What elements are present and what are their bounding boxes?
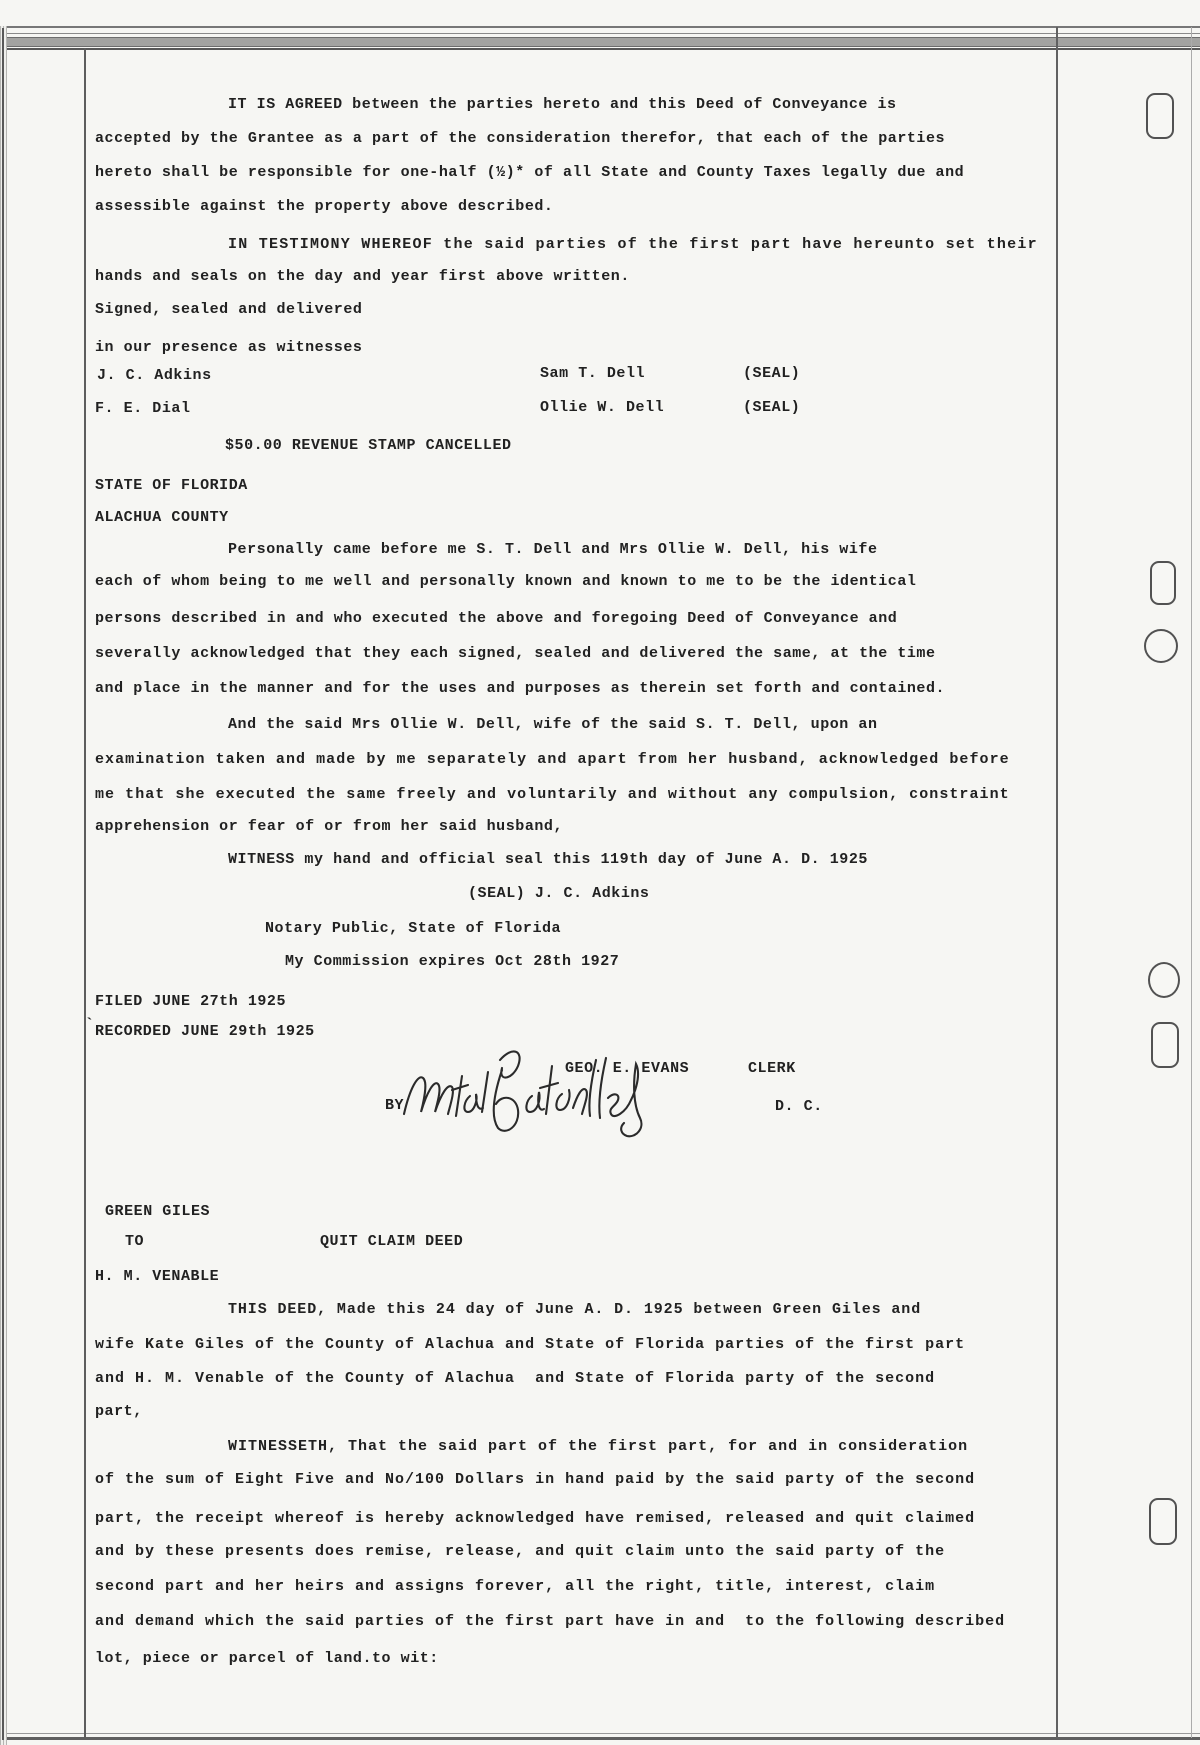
right-rule-main [1056, 27, 1058, 1738]
deed-intro-line-2: wife Kate Giles of the County of Alachua… [95, 1336, 965, 1354]
witnesseth-line-4: and by these presents does remise, relea… [95, 1543, 945, 1561]
commission-expiry-line: My Commission expires Oct 28th 1927 [285, 953, 619, 971]
dower-examination-line-4: apprehension or fear of or from her said… [95, 818, 563, 836]
seal-label-2: (SEAL) [743, 399, 800, 417]
attestation-line-1: Signed, sealed and delivered [95, 301, 362, 319]
punch-hole-2 [1150, 561, 1176, 605]
revenue-stamp-note: $50.00 REVENUE STAMP CANCELLED [225, 437, 512, 455]
to-label: TO [125, 1233, 144, 1251]
agreement-clause-line-1: IT IS AGREED between the parties hereto … [228, 96, 897, 114]
right-rule-faint [1191, 27, 1192, 1738]
deed-intro-line-3: and H. M. Venable of the County of Alach… [95, 1370, 935, 1388]
punch-hole-1 [1146, 93, 1174, 139]
top-rule-3 [0, 48, 1200, 50]
clerk-title: CLERK [748, 1060, 796, 1078]
acknowledgment-line-4: severally acknowledged that they each si… [95, 645, 936, 663]
left-rule-inner [84, 48, 86, 1738]
acknowledgment-line-5: and place in the manner and for the uses… [95, 680, 945, 698]
top-rule-1 [0, 26, 1200, 28]
seal-label-1: (SEAL) [743, 365, 800, 383]
acknowledgment-line-3: persons described in and who executed th… [95, 610, 897, 628]
witnesseth-line-1: WITNESSETH, That the said part of the fi… [228, 1438, 968, 1456]
deed-record-page: IT IS AGREED between the parties hereto … [0, 0, 1200, 1745]
top-rule-band [0, 37, 1200, 47]
filed-date-line: FILED JUNE 27th 1925 [95, 993, 286, 1011]
acknowledgment-line-2: each of whom being to me well and person… [95, 573, 916, 591]
bottom-rule-2 [0, 1737, 1200, 1740]
testimony-clause-line-1: IN TESTIMONY WHEREOF the said parties of… [228, 236, 1038, 254]
attestation-line-2: in our presence as witnesses [95, 339, 362, 357]
dower-examination-line-1: And the said Mrs Ollie W. Dell, wife of … [228, 716, 878, 734]
agreement-clause-line-2: accepted by the Grantee as a part of the… [95, 130, 945, 148]
deputy-clerk-signature-scrawl [400, 1038, 700, 1143]
testimony-clause-line-2: hands and seals on the day and year firs… [95, 268, 630, 286]
recorded-date-line: RECORDED JUNE 29th 1925 [95, 1023, 315, 1041]
grantor-signature-2: Ollie W. Dell [540, 399, 664, 417]
witness-name-2: F. E. Dial [95, 400, 191, 418]
deed-type-title: QUIT CLAIM DEED [320, 1233, 463, 1251]
witnesseth-line-3: part, the receipt whereof is hereby ackn… [95, 1510, 975, 1528]
witnesseth-line-7: lot, piece or parcel of land.to wit: [95, 1650, 439, 1668]
left-rule-outer [2, 28, 4, 1740]
county-heading: ALACHUA COUNTY [95, 509, 229, 527]
grantor-signature-1: Sam T. Dell [540, 365, 645, 383]
notary-seal-signature: (SEAL) J. C. Adkins [468, 885, 649, 903]
punch-hole-6 [1149, 1498, 1177, 1545]
agreement-clause-line-3: hereto shall be responsible for one-half… [95, 164, 964, 182]
grantee-party-name: H. M. VENABLE [95, 1268, 219, 1286]
witnesseth-line-2: of the sum of Eight Five and No/100 Doll… [95, 1471, 975, 1489]
notary-title-line: Notary Public, State of Florida [265, 920, 561, 938]
punch-hole-4 [1148, 962, 1180, 998]
witness-seal-line: WITNESS my hand and official seal this 1… [228, 851, 868, 869]
dower-examination-line-3: me that she executed the same freely and… [95, 786, 1010, 804]
witnesseth-line-5: second part and her heirs and assigns fo… [95, 1578, 935, 1596]
witnesseth-line-6: and demand which the said parties of the… [95, 1613, 1005, 1631]
deed-intro-line-1: THIS DEED, Made this 24 day of June A. D… [228, 1301, 921, 1319]
acknowledgment-line-1: Personally came before me S. T. Dell and… [228, 541, 878, 559]
state-heading: STATE OF FLORIDA [95, 477, 248, 495]
stray-tick-mark: ` [85, 1016, 95, 1034]
agreement-clause-line-4: assessible against the property above de… [95, 198, 553, 216]
bottom-rule-1 [0, 1733, 1200, 1734]
deputy-clerk-initials: D. C. [775, 1098, 823, 1116]
deed-intro-line-4: part, [95, 1403, 143, 1421]
punch-hole-3 [1144, 629, 1178, 663]
grantor-party-name: GREEN GILES [105, 1203, 210, 1221]
top-rule-2 [0, 33, 1200, 34]
witness-name-1: J. C. Adkins [97, 367, 212, 385]
punch-hole-5 [1151, 1022, 1179, 1068]
dower-examination-line-2: examination taken and made by me separat… [95, 751, 1010, 769]
